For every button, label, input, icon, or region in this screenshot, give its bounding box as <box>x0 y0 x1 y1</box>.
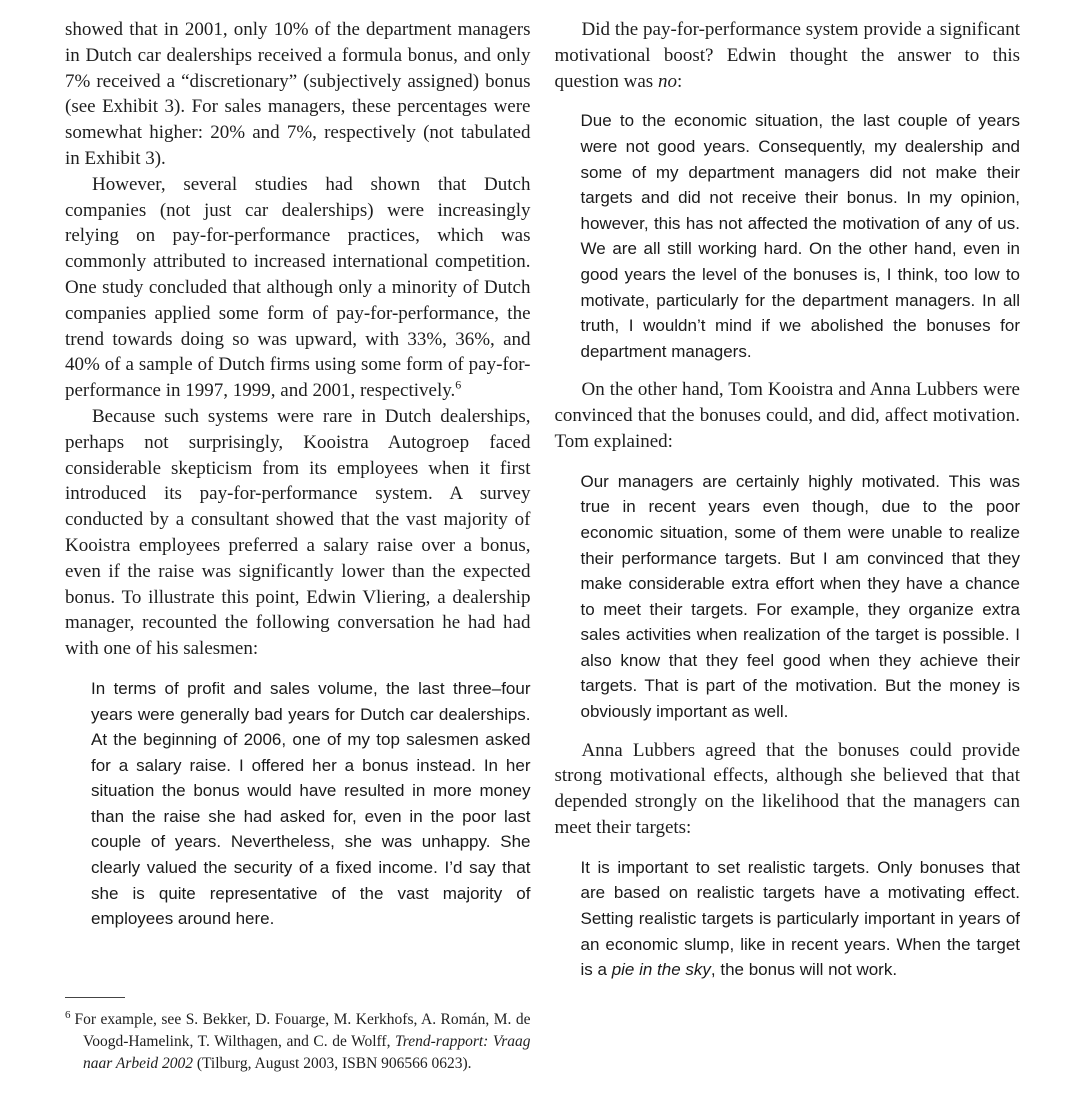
footnote-rule <box>65 997 125 998</box>
left-column: showed that in 2001, only 10% of the dep… <box>65 17 531 1107</box>
footnote-block: 6For example, see S. Bekker, D. Fouarge,… <box>65 997 531 1107</box>
paragraph-text-end: : <box>677 71 682 92</box>
paragraph-anna-lubbers: Anna Lubbers agreed that the bonuses cou… <box>555 738 1021 841</box>
footnote-reference: 6 <box>455 378 461 392</box>
paragraph-text: However, several studies had shown that … <box>65 174 531 401</box>
paragraph-dutch-studies: However, several studies had shown that … <box>65 172 531 404</box>
paragraph-tom-anna: On the other hand, Tom Kooistra and Anna… <box>555 377 1021 454</box>
right-column: Did the pay-for-performance system provi… <box>555 17 1021 1107</box>
emphasized-phrase: pie in the sky <box>612 960 711 979</box>
block-quote-edwin: Due to the economic situation, the last … <box>581 108 1021 364</box>
paragraph-motivational-question: Did the pay-for-performance system provi… <box>555 17 1021 94</box>
block-quote-anna: It is important to set realistic targets… <box>581 855 1021 983</box>
footnote-6: 6For example, see S. Bekker, D. Fouarge,… <box>65 1004 531 1075</box>
footnote-text-end: (Tilburg, August 2003, ISBN 906566 0623)… <box>193 1055 472 1072</box>
block-quote-salesman-story: In terms of profit and sales volume, the… <box>91 676 531 932</box>
paragraph-kooistra-skepticism: Because such systems were rare in Dutch … <box>65 404 531 662</box>
document-page: showed that in 2001, only 10% of the dep… <box>0 0 1080 1107</box>
footnote-marker: 6 <box>65 1009 71 1021</box>
paragraph-text: Did the pay-for-performance system provi… <box>555 19 1021 92</box>
paragraph-continuation: showed that in 2001, only 10% of the dep… <box>65 17 531 172</box>
block-quote-tom: Our managers are certainly highly motiva… <box>581 469 1021 725</box>
emphasized-word: no <box>658 71 677 92</box>
quote-text-end: , the bonus will not work. <box>711 960 897 979</box>
